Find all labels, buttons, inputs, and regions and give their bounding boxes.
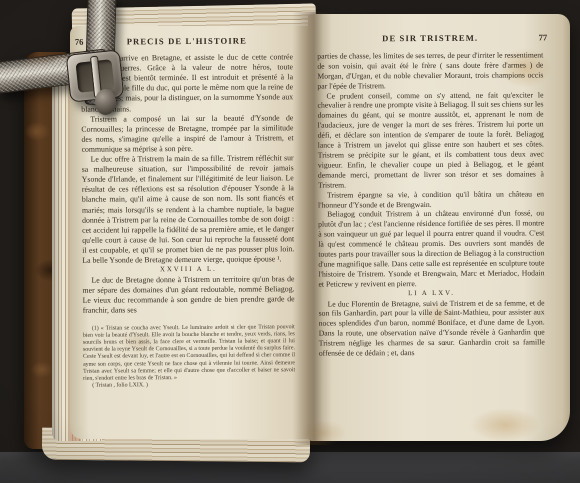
right-page-text: DE SIR TRISTREM. 77 parties de chasse, l… (317, 33, 545, 358)
running-title-right: DE SIR TRISTREM. (382, 33, 478, 44)
running-title-left: PRECIS DE L'HISTOIRE (127, 36, 247, 47)
paragraph: Tristrem épargne sa vie, à condition qu'… (318, 189, 544, 210)
paragraph: parties de chasse, les limites de ses te… (317, 50, 543, 91)
footnote: (1) « Tristan se coucha avec Yseult. Le … (83, 324, 295, 383)
page-number-left: 76 (75, 37, 84, 47)
paragraph: Tristrem a composé un lai sur la beauté … (81, 113, 293, 155)
footnote-source: ( Tristan , folio LXIX. ) (83, 381, 295, 390)
clasp-knob (95, 89, 116, 115)
paragraph: Le duc Florentin de Bretagne, suivi de T… (319, 298, 545, 359)
paragraph: Beliagog conduit Tristrem à un château e… (318, 209, 544, 289)
right-running-head: DE SIR TRISTREM. 77 (317, 33, 543, 44)
paragraph: Le duc offre à Tristrem la main de sa fi… (82, 153, 295, 266)
paragraph: Ce prudent conseil, comme on s'y attend,… (317, 90, 544, 190)
page-number-right: 77 (539, 33, 548, 43)
clasp-buckle (66, 49, 125, 102)
paragraph: Le duc de Bretagne donne à Tristrem un t… (82, 274, 294, 316)
